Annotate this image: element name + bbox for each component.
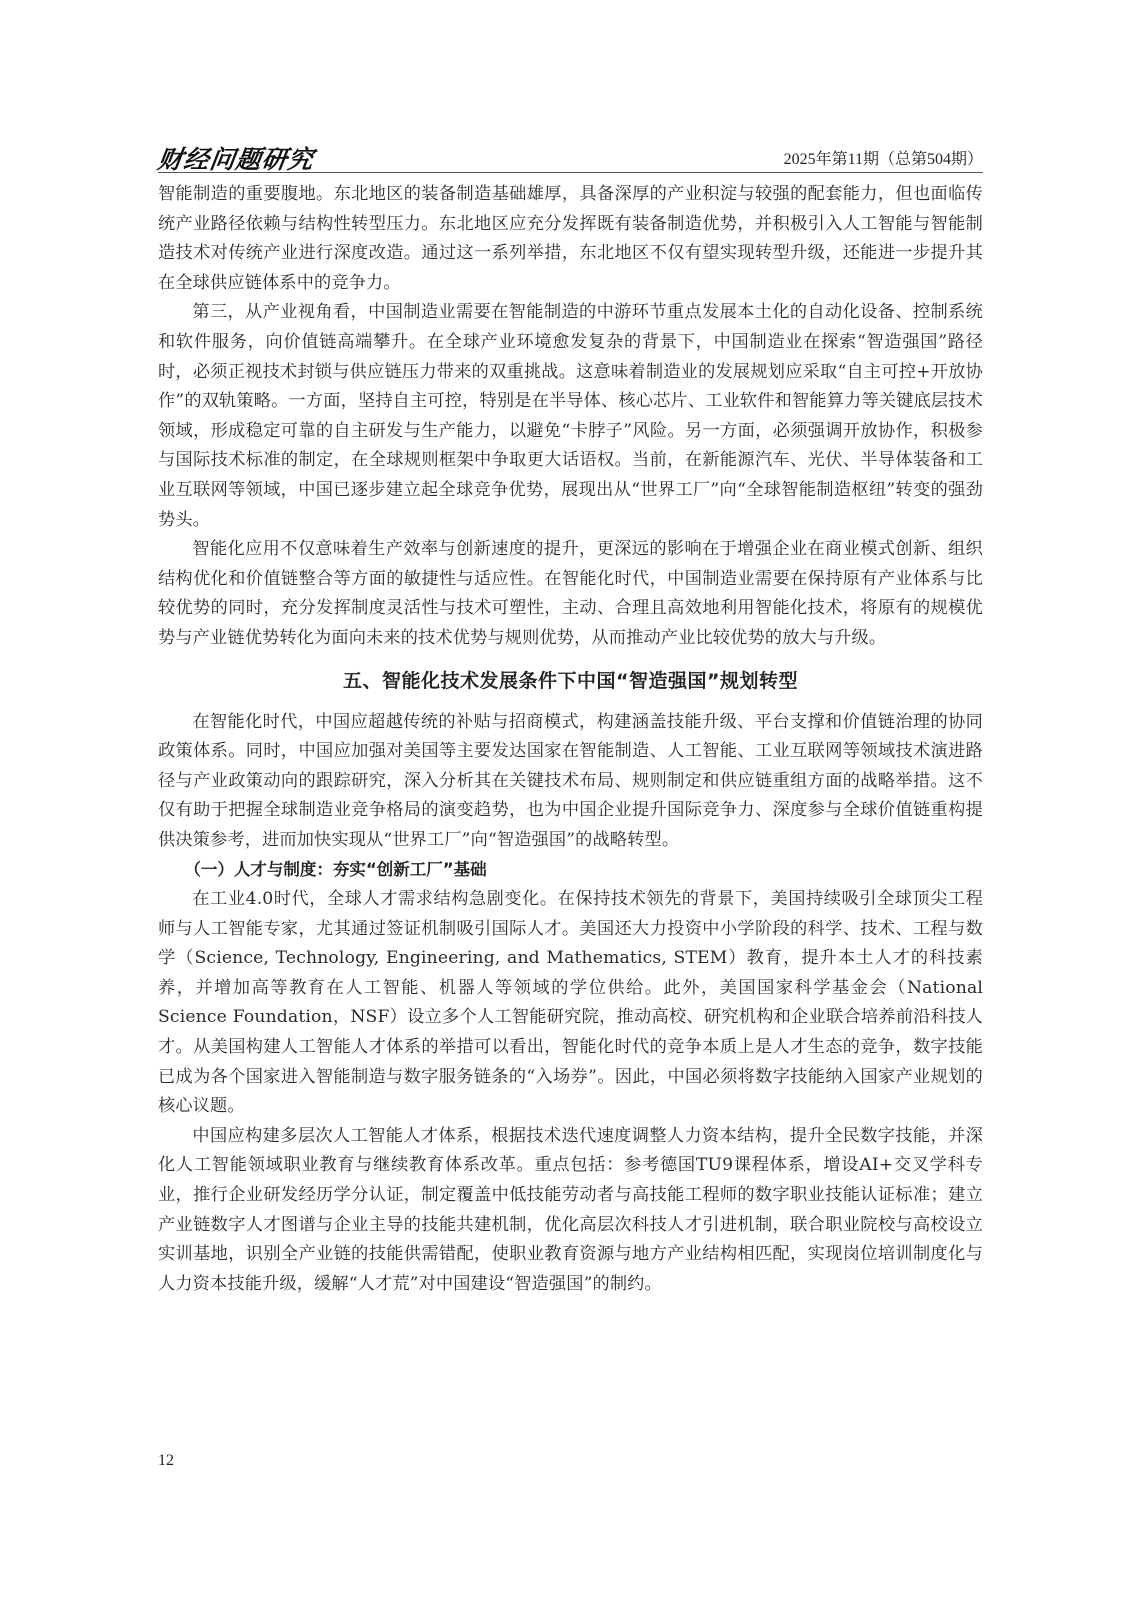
- section-intro-paragraph: 在智能化时代，中国应超越传统的补贴与招商模式，构建涵盖技能升级、平台支撑和价值链…: [158, 708, 983, 856]
- subsection-heading: （一）人才与制度：夯实“创新工厂”基础: [158, 855, 983, 885]
- section-heading: 五、智能化技术发展条件下中国“智造强国”规划转型: [158, 664, 983, 698]
- paragraph: 第三，从产业视角看，中国制造业需要在智能制造的中游环节重点发展本土化的自动化设备…: [158, 298, 983, 535]
- paragraph: 中国应构建多层次人工智能人才体系，根据技术迭代速度调整人力资本结构，提升全民数字…: [158, 1122, 983, 1300]
- page-number: 12: [158, 1452, 174, 1470]
- running-header: 财经问题研究 2025年第11期（总第504期）: [158, 138, 983, 173]
- paragraph-continued: 智能制造的重要腹地。东北地区的装备制造基础雄厚，具备深厚的产业积淀与较强的配套能…: [158, 180, 983, 298]
- journal-logo: 财经问题研究: [155, 140, 316, 176]
- article-body: 智能制造的重要腹地。东北地区的装备制造基础雄厚，具备深厚的产业积淀与较强的配套能…: [158, 180, 983, 1299]
- paragraph: 在工业4.0时代，全球人才需求结构急剧变化。在保持技术领先的背景下，美国持续吸引…: [158, 885, 983, 1122]
- paragraph: 智能化应用不仅意味着生产效率与创新速度的提升，更深远的影响在于增强企业在商业模式…: [158, 535, 983, 653]
- issue-info: 2025年第11期（总第504期）: [784, 146, 983, 169]
